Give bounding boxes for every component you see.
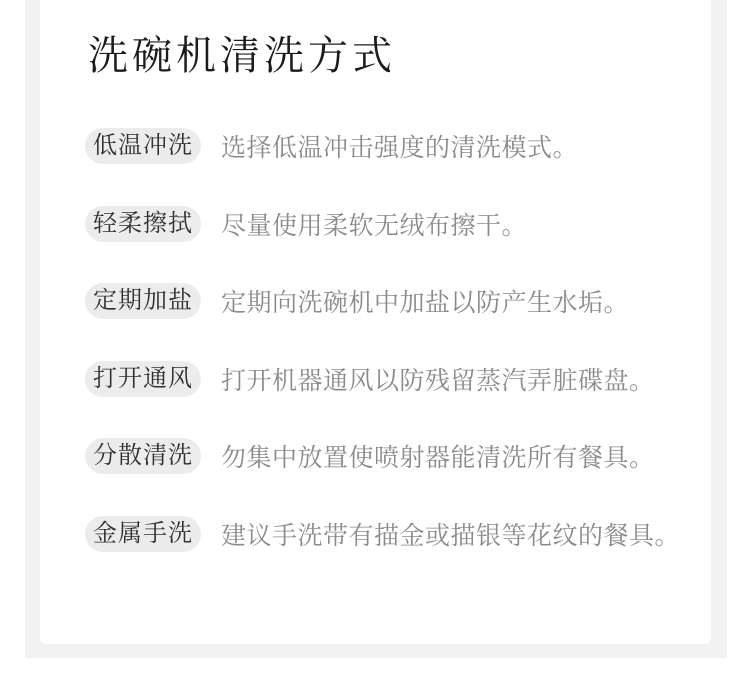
tips-list: 低温冲洗 选择低温冲击强度的清洗模式。 轻柔擦拭 尽量使用柔软无绒布擦干。 定期… xyxy=(85,128,691,593)
item-description: 定期向洗碗机中加盐以防产生水垢。 xyxy=(221,283,629,319)
card-frame: 洗碗机清洗方式 低温冲洗 选择低温冲击强度的清洗模式。 轻柔擦拭 尽量使用柔软无… xyxy=(25,0,727,658)
list-item: 低温冲洗 选择低温冲击强度的清洗模式。 xyxy=(85,128,691,164)
item-description: 打开机器通风以防残留蒸汽弄脏碟盘。 xyxy=(221,361,655,397)
tag-pill: 金属手洗 xyxy=(85,516,201,552)
page-title: 洗碗机清洗方式 xyxy=(88,34,396,78)
list-item: 轻柔擦拭 尽量使用柔软无绒布擦干。 xyxy=(85,206,691,242)
list-item: 定期加盐 定期向洗碗机中加盐以防产生水垢。 xyxy=(85,283,691,319)
tag-pill: 打开通风 xyxy=(85,361,201,397)
item-description: 选择低温冲击强度的清洗模式。 xyxy=(221,128,578,164)
list-item: 分散清洗 勿集中放置使喷射器能清洗所有餐具。 xyxy=(85,438,691,474)
list-item: 打开通风 打开机器通风以防残留蒸汽弄脏碟盘。 xyxy=(85,361,691,397)
tag-pill: 定期加盐 xyxy=(85,283,201,319)
tag-pill: 分散清洗 xyxy=(85,438,201,474)
list-item: 金属手洗 建议手洗带有描金或描银等花纹的餐具。 xyxy=(85,516,691,552)
product-description-page: 洗碗机清洗方式 低温冲洗 选择低温冲击强度的清洗模式。 轻柔擦拭 尽量使用柔软无… xyxy=(0,0,750,688)
tag-pill: 低温冲洗 xyxy=(85,128,201,164)
content-card: 洗碗机清洗方式 低温冲洗 选择低温冲击强度的清洗模式。 轻柔擦拭 尽量使用柔软无… xyxy=(40,0,711,644)
item-description: 尽量使用柔软无绒布擦干。 xyxy=(221,206,527,242)
item-description: 勿集中放置使喷射器能清洗所有餐具。 xyxy=(221,438,655,474)
item-description: 建议手洗带有描金或描银等花纹的餐具。 xyxy=(221,516,680,552)
tag-pill: 轻柔擦拭 xyxy=(85,206,201,242)
